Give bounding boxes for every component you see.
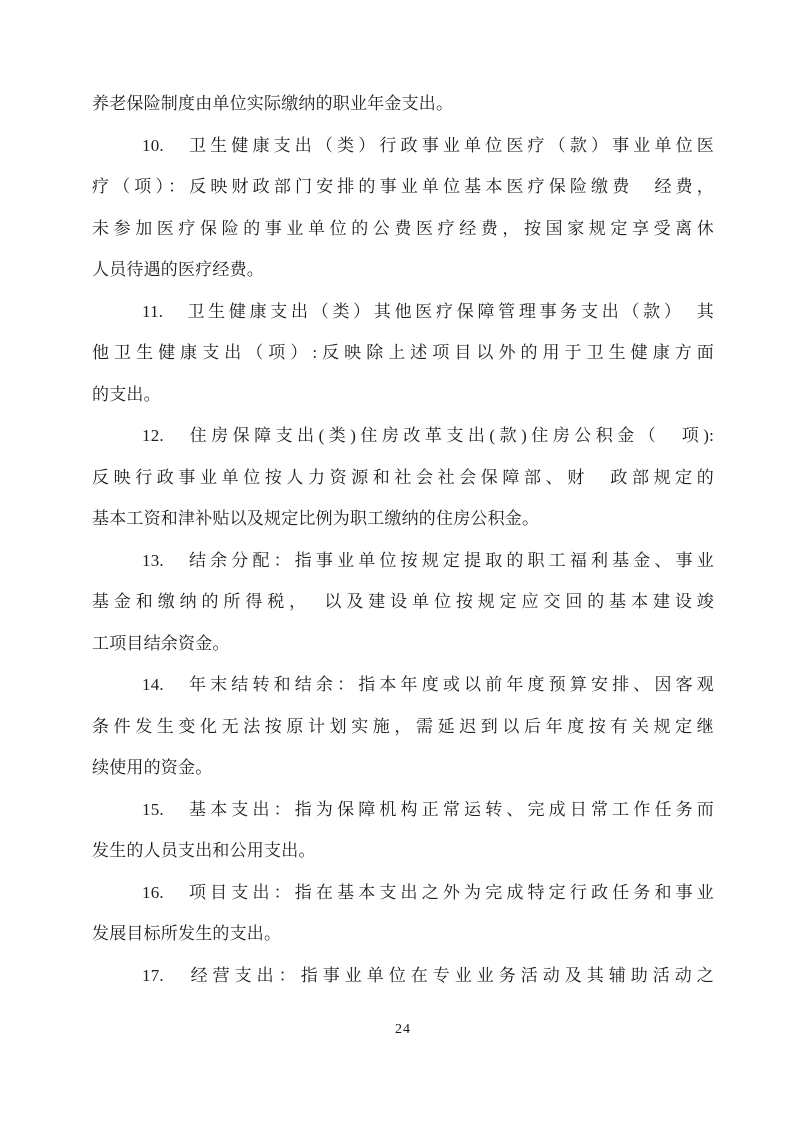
text-line: 11. 卫生健康支出（类）其他医疗保障管理事务支出（款） 其	[92, 291, 714, 333]
text-line: 养老保险制度由单位实际缴纳的职业年金支出。	[92, 83, 714, 125]
text-line: 发展目标所发生的支出。	[92, 913, 714, 955]
text-line: 的支出。	[92, 374, 714, 416]
page-sheet: 养老保险制度由单位实际缴纳的职业年金支出。10. 卫生健康支出（类）行政事业单位…	[0, 0, 793, 1122]
text-line: 续使用的资金。	[92, 747, 714, 789]
text-line: 工项目结余资金。	[92, 623, 714, 665]
text-line: 反映行政事业单位按人力资源和社会社会保障部、财 政部规定的	[92, 457, 714, 499]
text-line: 他卫生健康支出（项）:反映除上述项目以外的用于卫生健康方面	[92, 332, 714, 374]
text-line: 16. 项目支出：指在基本支出之外为完成特定行政任务和事业	[92, 872, 714, 914]
text-line: 14. 年末结转和结余：指本年度或以前年度预算安排、因客观	[92, 664, 714, 706]
text-line: 疗（项）：反映财政部门安排的事业单位基本医疗保险缴费 经费，	[92, 166, 714, 208]
document-page: { "document": { "page_number": "24", "pa…	[0, 0, 793, 1122]
text-line: 人员待遇的医疗经费。	[92, 249, 714, 291]
text-line: 发生的人员支出和公用支出。	[92, 830, 714, 872]
document-text-block: 养老保险制度由单位实际缴纳的职业年金支出。10. 卫生健康支出（类）行政事业单位…	[92, 83, 714, 996]
text-line: 15. 基本支出：指为保障机构正常运转、完成日常工作任务而	[92, 789, 714, 831]
text-line: 13. 结余分配：指事业单位按规定提取的职工福利基金、事业	[92, 540, 714, 582]
text-line: 基本工资和津补贴以及规定比例为职工缴纳的住房公积金。	[92, 498, 714, 540]
text-line: 12. 住房保障支出(类)住房改革支出(款)住房公积金（ 项):	[92, 415, 714, 457]
page-number: 24	[395, 1022, 411, 1037]
text-line: 10. 卫生健康支出（类）行政事业单位医疗（款）事业单位医	[92, 125, 714, 167]
text-line: 条件发生变化无法按原计划实施，需延迟到以后年度按有关规定继	[92, 706, 714, 748]
text-line: 基金和缴纳的所得税， 以及建设单位按规定应交回的基本建设竣	[92, 581, 714, 623]
text-line: 未参加医疗保险的事业单位的公费医疗经费，按国家规定享受离休	[92, 208, 714, 250]
page-footer: 24	[92, 1020, 714, 1039]
text-line: 17. 经营支出：指事业单位在专业业务活动及其辅助活动之	[92, 955, 714, 997]
